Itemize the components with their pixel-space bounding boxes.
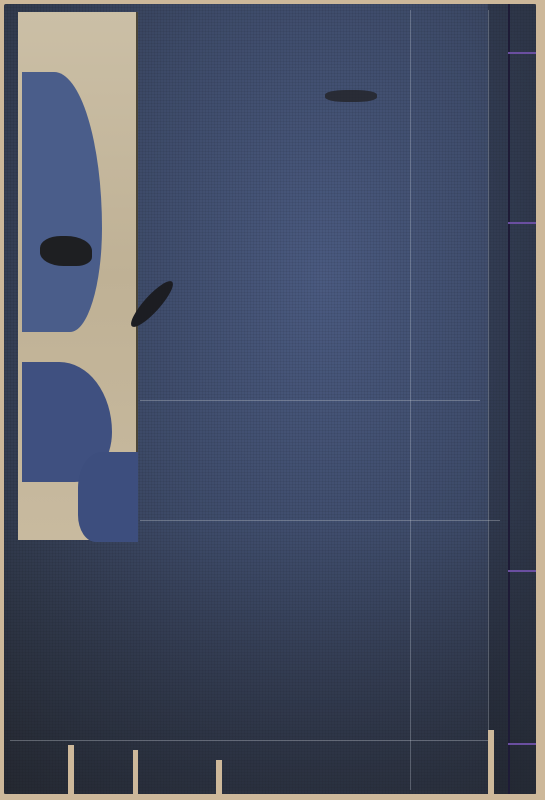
edge-wear bbox=[68, 745, 74, 800]
edge-wear bbox=[488, 730, 494, 800]
binding-stitch bbox=[508, 222, 536, 224]
title-slip bbox=[18, 12, 138, 540]
binding-stitch bbox=[508, 570, 536, 572]
ink-blot bbox=[40, 236, 92, 266]
ink-mark bbox=[325, 90, 377, 102]
spine-band bbox=[488, 4, 536, 794]
cover-crease bbox=[140, 520, 500, 521]
cover-crease bbox=[10, 740, 490, 741]
binding-stitch bbox=[508, 743, 536, 745]
edge-wear bbox=[133, 750, 138, 800]
slip-damage bbox=[22, 72, 102, 332]
cover-crease bbox=[140, 400, 480, 401]
cover-crease bbox=[410, 10, 411, 790]
book-photo bbox=[0, 0, 545, 800]
cover-shadow bbox=[4, 520, 536, 794]
slip-damage bbox=[78, 452, 138, 542]
cover-crease bbox=[488, 10, 489, 790]
spine-fold-line bbox=[508, 4, 510, 794]
edge-wear bbox=[216, 760, 222, 800]
binding-stitch bbox=[508, 52, 536, 54]
